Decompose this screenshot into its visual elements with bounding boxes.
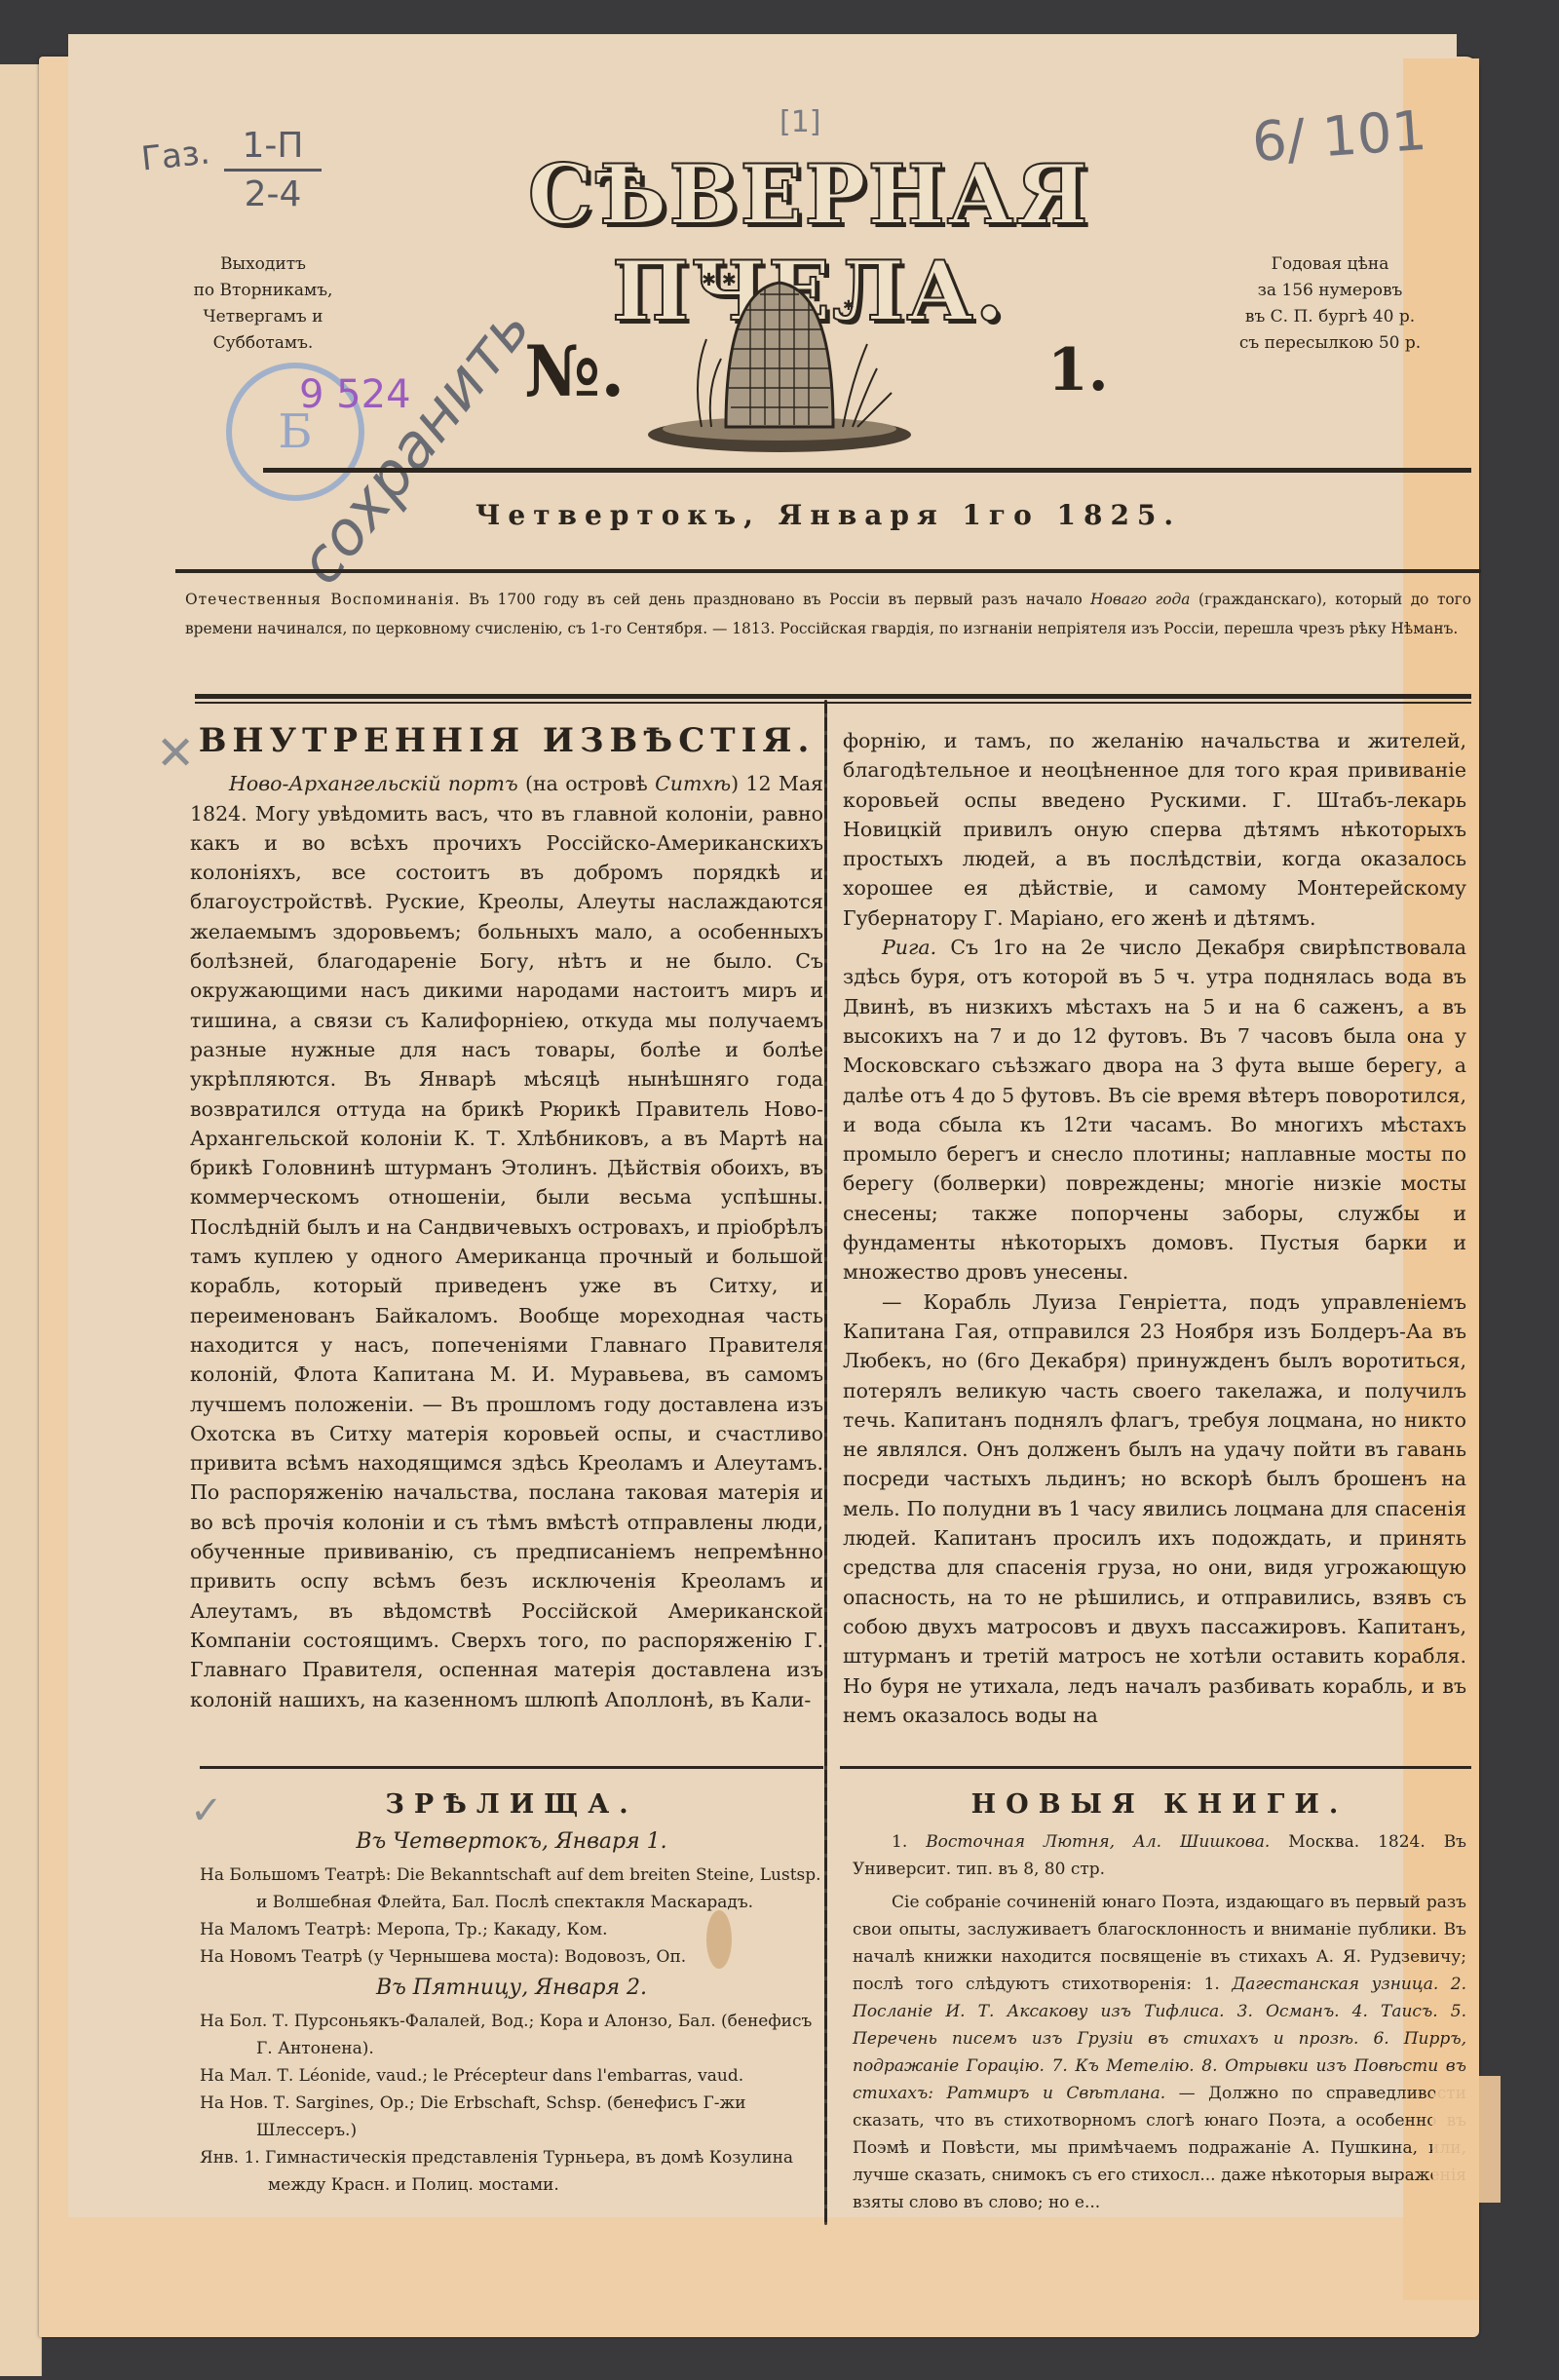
internal-news-column-left: ВНУТРЕННІЯ ИЗВѢСТІЯ. Ново-Архангельскій …: [190, 726, 823, 1714]
news-text: ) 12 Мая 1824. Могу увѣдомить васъ, что …: [190, 772, 823, 1710]
shelf-mark-bottom: 2-4: [224, 173, 322, 215]
column-divider: [824, 700, 827, 2225]
news-text: Съ 1го на 2е число Декабря свирѣпствовал…: [843, 936, 1466, 1284]
internal-news-column-right: форнію, и тамъ, по желанію начальства и …: [843, 726, 1466, 1730]
news-text: (на островѣ: [518, 772, 655, 795]
spectacle-entry: На Мал. Т. Léonide, vaud.; le Précepteur…: [200, 2062, 823, 2090]
price-line: за 156 нумеровъ: [1218, 278, 1442, 304]
shelf-mark-bar: [224, 169, 322, 172]
shelf-mark: 1-П 2-4: [224, 125, 322, 215]
section-rule-thick: [195, 694, 1471, 699]
dateline-island: Ситхѣ: [655, 772, 731, 795]
shelf-mark-top: 1-П: [224, 125, 322, 167]
bottom-rule-left: [200, 1766, 823, 1769]
page-marker: [1]: [779, 105, 821, 139]
spectacle-entry: На Бол. Т. Пурсоньякъ-Фалалей, Вод.; Кор…: [200, 2008, 823, 2062]
price-line: Годовая цѣна: [1218, 251, 1442, 278]
schedule-line: Выходитъ: [175, 251, 351, 278]
schedule-line: Субботамъ.: [175, 330, 351, 357]
news-item-ship: — Корабль Луиза Генріетта, подъ управлен…: [843, 1287, 1466, 1730]
masthead-rule: [263, 468, 1471, 473]
dateline-place: Рига.: [882, 936, 936, 959]
new-books-section: НОВЫЯ КНИГИ. 1. Восточная Лютня, Ал. Шиш…: [853, 1791, 1466, 2222]
memories-italic: Новаго года: [1090, 591, 1190, 608]
schedule-line: Четвергамъ и: [175, 304, 351, 330]
paper-tear: [1432, 2076, 1501, 2203]
paper-stain: [706, 1910, 732, 1969]
book-review: Сіе собраніе сочиненій юнаго Поэта, изда…: [853, 1889, 1466, 2216]
price-line: съ пересылкою 50 р.: [1218, 330, 1442, 357]
issue-date: Четвертокъ, Января 1го 1825.: [175, 499, 1481, 531]
inventory-number: 9 524: [299, 372, 411, 417]
news-item-continued: форнію, и тамъ, по желанію начальства и …: [843, 726, 1466, 933]
historical-memories: Отечественныя Воспоминанія. Въ 1700 году…: [185, 585, 1471, 643]
memories-label: Отечественныя Воспоминанія.: [185, 591, 461, 608]
svg-text:✱ ✱: ✱ ✱: [702, 270, 737, 290]
schedule-line: по Вторникамъ,: [175, 278, 351, 304]
book-number: 1.: [892, 1832, 907, 1852]
spectacle-entry: На Нов. Т. Sargines, Op.; Die Erbschaft,…: [200, 2090, 823, 2144]
new-books-title: НОВЫЯ КНИГИ.: [853, 1791, 1466, 1819]
spectacles-day-2: Въ Пятницу, Января 2.: [200, 1975, 823, 2002]
book-entry: 1. Восточная Лютня, Ал. Шишкова. Москва.…: [853, 1828, 1466, 1883]
bottom-rule-right: [840, 1766, 1471, 1769]
news-item-riga: Рига. Съ 1го на 2е число Декабря свирѣпс…: [843, 933, 1466, 1287]
book-title: Восточная Лютня, Ал. Шишкова.: [926, 1832, 1270, 1852]
price-line: въ С. П. бургѣ 40 р.: [1218, 304, 1442, 330]
spectacle-entry: На Большомъ Театрѣ: Die Bekanntschaft au…: [200, 1862, 823, 1916]
svg-text:✱: ✱: [843, 298, 855, 314]
subscription-price: Годовая цѣна за 156 нумеровъ въ С. П. бу…: [1218, 251, 1442, 357]
spectacles-day-1: Въ Четвертокъ, Января 1.: [200, 1828, 823, 1856]
beehive-icon: ✱ ✱ ✱: [633, 261, 926, 456]
news-item-novo-arkhangelsk: Ново-Архангельскій портъ (на островѣ Сит…: [190, 769, 823, 1714]
date-rule: [175, 569, 1481, 573]
internal-news-title: ВНУТРЕННІЯ ИЗВѢСТІЯ.: [190, 726, 823, 755]
book-binding-edge: [0, 64, 42, 2376]
right-margin-mark: 6/ 101: [1250, 101, 1428, 173]
memories-text: Въ 1700 году въ сей день праздновано въ …: [461, 591, 1091, 608]
spectacles-section: ЗРѢЛИЩА. Въ Четвертокъ, Января 1. На Бол…: [200, 1791, 823, 2199]
issue-number-sign: №.: [524, 329, 625, 412]
dateline-place: Ново-Архангельскій портъ: [229, 772, 518, 795]
spectacles-title: ЗРѢЛИЩА.: [200, 1791, 823, 1819]
spectacle-entry: Янв. 1. Гимнастическія представленія Тур…: [200, 2144, 823, 2199]
issue-number: 1.: [1047, 336, 1109, 404]
section-rule-thin: [195, 702, 1471, 704]
publication-schedule: Выходитъ по Вторникамъ, Четвергамъ и Суб…: [175, 251, 351, 357]
shelf-mark-prefix: Газ.: [139, 133, 211, 178]
